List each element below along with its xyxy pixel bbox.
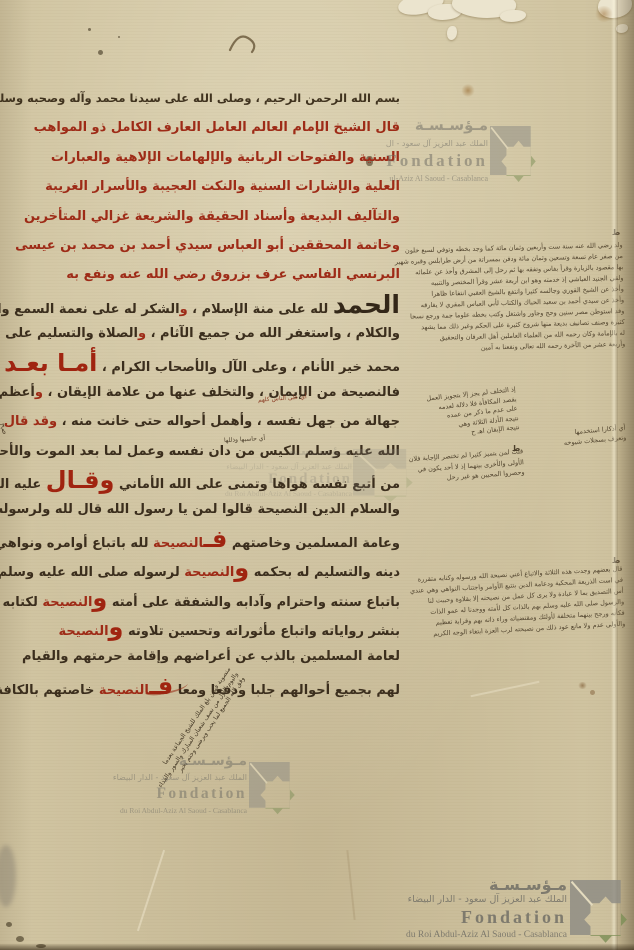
watermark-org-name-arabic: مـؤسـسـة	[489, 875, 567, 894]
foundation-logo-icon	[249, 762, 298, 817]
text-segment: عليه الصلاة	[0, 477, 46, 492]
ink-stain	[578, 682, 587, 689]
foundation-logo-icon	[490, 126, 539, 185]
text-segment: النصيحة	[59, 624, 109, 639]
manuscript-line: البرنسي الفاسي عرف بزروق رضي الله عنه ون…	[54, 260, 400, 289]
manuscript-page: بسم الله الرحمن الرحيم ، وصلى الله على س…	[0, 0, 634, 950]
text-segment: الله عليه وسلم الكيس من دان نفسه وعمل لم…	[0, 444, 400, 459]
paper-damage	[447, 26, 457, 40]
manuscript-line: العلية والإشارات السنية والنكت العجيبة و…	[54, 172, 400, 201]
text-segment: النصيحة	[99, 683, 149, 698]
text-segment: باتباع سنته واحترام وآدابه والشفقة على أ…	[107, 595, 400, 610]
text-segment: بسم الله الرحمن الرحيم ، وصلى الله على س…	[0, 91, 400, 105]
text-segment: لله باتباع أوامره ونواهي	[0, 536, 153, 551]
text-segment: العلية والإشارات السنية والنكت العجيبة و…	[45, 179, 400, 194]
paper-crease	[471, 681, 540, 698]
text-segment: بنشر رواياته واتباع مأثوراته وتحسين تلاو…	[123, 624, 400, 639]
text-segment: لكتابه	[2, 595, 42, 610]
edge-stain	[0, 845, 16, 907]
speck	[98, 50, 103, 55]
margin-note-biography: ولد رضي الله عنه سنة ست وأربعين وثمان ما…	[385, 240, 626, 356]
page-fold-highlight	[611, 0, 618, 950]
manuscript-line: وعامة المسلمين وخاصتهم فـالنصيحة لله بات…	[54, 525, 400, 554]
manuscript-line: والكلام ، واستغفر الله من جميع الآثام ، …	[54, 319, 400, 348]
ink-stain	[461, 84, 475, 97]
paper-damage	[500, 10, 526, 22]
text-segment: والسلام الدين النصيحة قالوا لمن يا رسول …	[0, 502, 400, 517]
page-right-edge	[618, 0, 634, 950]
speck	[118, 36, 120, 38]
text-segment: و	[35, 385, 43, 400]
manuscript-line: قال الشيخ الإمام العالم العامل العارف ال…	[54, 113, 400, 142]
paper-crease	[346, 850, 355, 920]
manuscript-line: والسلام الدين النصيحة قالوا لمن يا رسول …	[54, 495, 400, 524]
text-segment: وخاتمة المحققين أبو العباس سيدي أحمد بن …	[15, 238, 400, 253]
text-segment: وقـال	[46, 466, 115, 494]
star-icon	[501, 141, 535, 182]
text-segment: البرنسي الفاسي عرف بزروق رضي الله عنه ون…	[66, 267, 400, 282]
text-segment: أمـا بعـد	[4, 349, 97, 377]
watermark-org-line-arabic: الملك عبد العزيز آل سعود - ال	[386, 139, 488, 148]
text-segment: لرسوله صلى الله عليه وسلم	[0, 565, 184, 580]
watermark-org-name-arabic: مـؤسـسـة	[415, 116, 488, 134]
note-line: وفق الله الجميع لما يحب ويرضى وختم بخير	[126, 676, 247, 850]
text-segment: وعامة المسلمين وخاصتهم	[227, 536, 400, 551]
manuscript-line: باتباع سنته واحترام وآدابه والشفقة على أ…	[54, 584, 400, 613]
text-segment: النصيحة	[42, 595, 92, 610]
manuscript-line: السنية والفتوحات الربانية والإلهامات الإ…	[54, 143, 400, 172]
watermark-org-line-arabic: الملك عبد العزيز آل سعود - الدار البيضاء	[408, 894, 567, 905]
text-segment: أعظم الناس	[0, 385, 35, 400]
text-segment: محمد خير الأنام ، وعلى الآل والأصحاب الك…	[97, 360, 400, 375]
text-segment: و	[180, 302, 188, 317]
text-segment: والكلام ، واستغفر الله من جميع الآثام ،	[146, 326, 400, 341]
main-text-block: بسم الله الرحمن الرحيم ، وصلى الله على س…	[54, 84, 400, 701]
manuscript-line: الحمد لله على منة الإسلام ، والشكر له عل…	[54, 290, 400, 319]
text-segment: و	[92, 584, 107, 612]
watermark-org-line-french: du Roi Abdul-Aziz Al Saoud - Casablanca	[406, 930, 567, 940]
text-segment: النصيحة	[184, 565, 234, 580]
manuscript-line: من أتبع نفسه هواها وتمنى على الله الأمان…	[54, 466, 400, 495]
manuscript-line: جهالة من جهل نفسه ، وأهمل أحواله حتى خان…	[54, 407, 400, 436]
text-segment: والتآليف البديعة وأسناد الحقيقة والشريعة…	[24, 209, 400, 224]
margin-note-gloss-e: قال بعضهم وجدت هذه الثلاثة والاتباع أعني…	[382, 564, 625, 642]
text-segment: النصيحة	[153, 536, 203, 551]
pen-trial-mark	[228, 30, 262, 56]
page-bottom-edge	[0, 944, 634, 950]
manuscript-line: فالنصيحة من الإيمان ، والتخلف عنها من عل…	[54, 378, 400, 407]
text-segment: دينه والتسليم له بحكمه	[249, 565, 400, 580]
text-segment: فالنصيحة من الإيمان ، والتخلف عنها من عل…	[43, 385, 400, 400]
speck	[16, 936, 24, 942]
manuscript-line: والتآليف البديعة وأسناد الحقيقة والشريعة…	[54, 202, 400, 231]
margin-note-gloss-d: قلت لمن يتميز كثيرا لم تختصر الإجابة فلا…	[385, 446, 525, 487]
manuscript-line: بسم الله الرحمن الرحيم ، وصلى الله على س…	[54, 84, 400, 113]
paper-crease	[137, 850, 165, 931]
text-segment: قال الشيخ الإمام العالم العامل العارف ال…	[34, 120, 400, 135]
margin-note-gloss-b: إذ التخلف لم يجز إلا بتجويز العملبقصد ال…	[384, 385, 520, 447]
text-segment: جهالة من جهل نفسه ، وأهمل أحواله حتى خان…	[57, 414, 400, 429]
manuscript-line: دينه والتسليم له بحكمه والنصيحة لرسوله ص…	[54, 554, 400, 583]
text-segment: و	[138, 326, 146, 341]
manuscript-line: محمد خير الأنام ، وعلى الآل والأصحاب الك…	[54, 349, 400, 378]
manuscript-line: وخاتمة المحققين أبو العباس سيدي أحمد بن …	[54, 231, 400, 260]
text-segment: لعامة المسلمين بالذب عن أعراضهم وإقامة ح…	[22, 649, 400, 664]
text-segment: السنية والفتوحات الربانية والإلهامات الإ…	[51, 150, 400, 165]
watermark-org-name-french: Fondation	[386, 151, 488, 171]
watermark-org-line-french: ul-Aziz Al Saoud - Casablanca	[389, 174, 488, 183]
text-segment: من أتبع نفسه هواها وتمنى على الله الأمان…	[114, 477, 400, 492]
text-segment: لله على منة الإسلام ،	[188, 302, 333, 317]
text-segment: خاصتهم بالكافة	[0, 683, 99, 698]
text-segment: وقد قال	[4, 414, 57, 429]
star-icon	[260, 776, 294, 815]
text-segment: و	[109, 613, 124, 641]
text-segment: و	[234, 554, 249, 582]
manuscript-line: بنشر رواياته واتباع مأثوراته وتحسين تلاو…	[54, 613, 400, 642]
ink-stain	[590, 690, 595, 695]
speck	[6, 922, 12, 927]
speck	[88, 28, 91, 31]
text-segment: الشكر له على نعمة السمع والبصر	[0, 302, 180, 317]
text-segment: فـ	[203, 525, 227, 553]
text-segment: الصلاة والتسليم على سيدنا	[0, 326, 138, 341]
watermark-org-name-french: Fondation	[461, 907, 567, 928]
